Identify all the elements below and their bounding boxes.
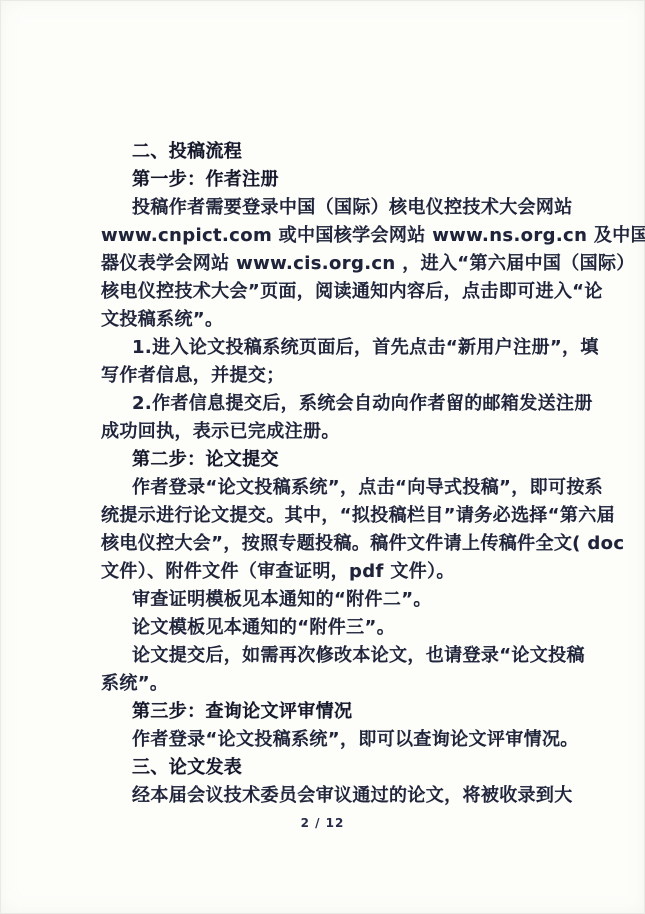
heading-line: 三、论文发表 [101, 754, 551, 782]
text-line: 1.进入论文投稿系统页面后，首先点击“新用户注册”，填 [101, 334, 551, 362]
text-line: 文投稿系统”。 [101, 306, 551, 334]
heading-line: 第三步：查询论文评审情况 [101, 698, 551, 726]
text-line: 论文模板见本通知的“附件三”。 [101, 614, 551, 642]
text-line: 文件）、附件文件（审查证明，pdf 文件）。 [101, 558, 551, 586]
heading-line: 第一步：作者注册 [101, 166, 551, 194]
text-line: 审查证明模板见本通知的“附件二”。 [101, 586, 551, 614]
text-line: 经本届会议技术委员会审议通过的论文，将被收录到大 [101, 782, 551, 810]
page-footer: 2 / 12 [0, 812, 645, 831]
heading-line: 二、投稿流程 [101, 138, 551, 166]
text-line: 系统”。 [101, 670, 551, 698]
text-line: 论文提交后，如需再次修改本论文，也请登录“论文投稿 [101, 642, 551, 670]
text-line: 器仪表学会网站 www.cis.org.cn ，进入“第六届中国（国际） [101, 250, 551, 278]
text-line: 作者登录“论文投稿系统”，点击“向导式投稿”，即可按系 [101, 474, 551, 502]
text-line: 写作者信息，并提交； [101, 362, 551, 390]
text-line: 核电仪控大会”，按照专题投稿。稿件文件请上传稿件全文( doc [101, 530, 551, 558]
scanned-document-page: 二、投稿流程第一步：作者注册投稿作者需要登录中国（国际）核电仪控技术大会网站ww… [0, 0, 645, 914]
text-line: www.cnpict.com 或中国核学会网站 www.ns.org.cn 及中… [101, 222, 551, 250]
text-line: 作者登录“论文投稿系统”，即可以查询论文评审情况。 [101, 726, 551, 754]
page-number: 2 / 12 [301, 816, 345, 830]
document-body: 二、投稿流程第一步：作者注册投稿作者需要登录中国（国际）核电仪控技术大会网站ww… [101, 138, 551, 810]
text-line: 核电仪控技术大会”页面，阅读通知内容后，点击即可进入“论 [101, 278, 551, 306]
text-line: 成功回执，表示已完成注册。 [101, 418, 551, 446]
heading-line: 第二步：论文提交 [101, 446, 551, 474]
text-line: 统提示进行论文提交。其中，“拟投稿栏目”请务必选择“第六届 [101, 502, 551, 530]
text-line: 投稿作者需要登录中国（国际）核电仪控技术大会网站 [101, 194, 551, 222]
text-line: 2.作者信息提交后，系统会自动向作者留的邮箱发送注册 [101, 390, 551, 418]
